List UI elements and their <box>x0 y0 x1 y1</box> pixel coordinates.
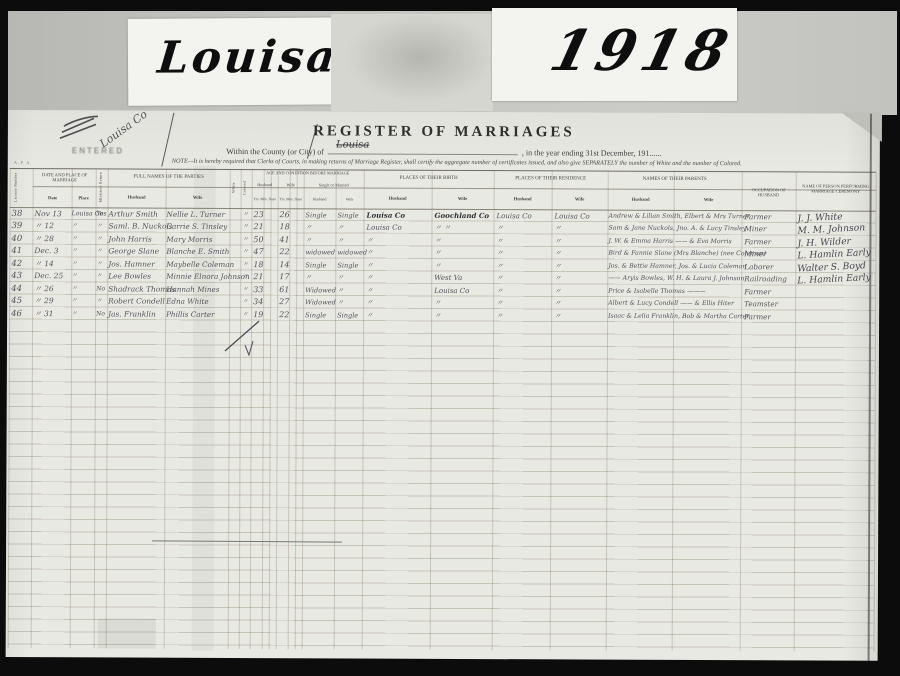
cell-h-cond: widowed <box>305 247 334 257</box>
cell-h-res: 〃 <box>496 273 549 283</box>
cell-h-cond: Single <box>305 260 334 270</box>
cell-h-cond: Widowed <box>305 297 334 307</box>
col-header-minister: NAME OF PERSON PERFORMING MARRIAGE CEREM… <box>797 183 875 193</box>
col-header-birth-wife: Wife <box>432 196 494 202</box>
cell-w-cond: Single <box>337 310 362 320</box>
col-header-sm-husband: Husband <box>304 197 336 201</box>
col-header-birth-group: PLACES OF THEIR BIRTH <box>364 176 494 182</box>
cell-no: 43 <box>11 271 31 281</box>
form-print-code: A. P. A. <box>14 160 32 165</box>
cell-date: 〃 26 <box>34 284 70 294</box>
cell-wife: Nellie L. Turner <box>167 209 229 219</box>
cell-h-res: 〃 <box>496 236 549 246</box>
cell-w-res: Louisa Co <box>555 211 606 221</box>
cell-no: 38 <box>12 209 32 219</box>
cell-w-res: 〃 <box>554 298 605 308</box>
cell-place: 〃 <box>71 284 96 294</box>
col-header-wife-name: Wife <box>166 195 230 201</box>
cell-date: 〃 12 <box>34 221 70 231</box>
cell-husband: Shadrack Thomas <box>108 284 164 294</box>
cell-parents: Jos. & Bettie Hamner, Jos. & Lucia Colem… <box>608 261 740 272</box>
cell-husband: Lee Bowles <box>108 271 164 281</box>
cell-husband: Jas. Franklin <box>108 309 164 319</box>
cell-parents: Bird & Fannie Slane (Mrs Blanche) (nee C… <box>608 249 740 260</box>
cell-w-res: 〃 <box>554 273 605 283</box>
col-header-colored: Colored <box>243 171 248 205</box>
cell-wife: Mary Morris <box>166 234 228 244</box>
within-prefix: Within the County (or City) of <box>226 147 324 156</box>
cell-occupation: Laborer <box>744 262 793 272</box>
cell-husband: Arthur Smith <box>109 209 165 219</box>
cell-w-cond: Single <box>337 260 362 270</box>
cell-husband: John Harris <box>108 234 164 244</box>
cell-place: 〃 <box>71 259 96 269</box>
cell-colored: 〃 <box>242 222 251 232</box>
col-header-hymd: Yrs. Mos. Days <box>252 197 278 201</box>
cell-date: Dec. 25 <box>34 271 70 281</box>
cell-h-birth: 〃 <box>366 260 429 270</box>
col-header-sm-wife: Wife <box>336 197 364 201</box>
cell-cert: 〃 <box>96 259 107 269</box>
cell-w-age: 14 <box>279 260 291 270</box>
cell-no: 42 <box>11 259 31 269</box>
cell-colored: 〃 <box>242 272 251 282</box>
cell-w-birth: 〃 <box>434 248 491 258</box>
cell-h-age: 47 <box>253 247 265 257</box>
cell-w-birth: 〃 <box>434 298 491 308</box>
cell-w-cond: 〃 <box>337 222 362 232</box>
cell-colored: 〃 <box>243 210 252 220</box>
cell-w-birth: Goochland Co <box>435 210 492 220</box>
cell-place: 〃 <box>71 234 96 244</box>
stray-pen-mark <box>219 317 265 359</box>
cell-w-age: 41 <box>279 235 291 245</box>
cell-w-res: 〃 <box>554 248 605 258</box>
col-header-age-wife: Wife <box>278 183 304 188</box>
cell-h-age: 21 <box>253 272 265 282</box>
cell-no: 41 <box>11 246 31 256</box>
cell-cert: 〃 <box>96 296 107 306</box>
cell-h-birth: 〃 <box>366 248 429 258</box>
cell-occupation: Miner <box>744 224 793 234</box>
cell-w-cond: 〃 <box>337 297 362 307</box>
cell-no: 40 <box>11 234 31 244</box>
county-fill-line: Louisa <box>328 142 518 155</box>
col-header-occupation: OCCUPATION OF HUSBAND <box>743 187 795 197</box>
cell-h-age: 23 <box>254 210 266 220</box>
cell-occupation: Farmer <box>745 212 794 222</box>
cell-parents: Sam & Jane Nuckols, Jno. A. & Lucy Tinsl… <box>608 224 740 235</box>
cell-parents: Albert & Lucy Condell —— & Ellis Hiter <box>608 299 740 310</box>
cell-h-birth: 〃 <box>366 298 429 308</box>
cell-w-birth: 〃 <box>434 260 491 270</box>
cell-date: 〃 14 <box>34 259 70 269</box>
cell-w-birth: West Va <box>434 273 491 283</box>
cell-wife: Maybelle Coleman <box>166 259 228 269</box>
cell-parents: Andrew & Lilian Smith, Elbert & Mrs Turn… <box>609 211 741 222</box>
year-label-card: 1918 <box>492 8 737 101</box>
cell-h-age: 33 <box>253 285 265 295</box>
cell-h-cond: 〃 <box>305 272 334 282</box>
cell-w-age: 17 <box>279 272 291 282</box>
cell-w-cond: 〃 <box>337 235 362 245</box>
cell-date: Dec. 3 <box>34 246 70 256</box>
cell-no: 39 <box>11 221 31 231</box>
cell-w-res: 〃 <box>554 261 605 271</box>
col-header-parents-wife: Wife <box>676 197 742 203</box>
col-header-parents-group: NAMES OF THEIR PARENTS <box>608 177 742 183</box>
cell-occupation: Farmer <box>744 237 793 247</box>
col-header-wymd: Yrs. Mos. Days <box>278 197 304 201</box>
cell-h-age: 18 <box>253 260 265 270</box>
cell-wife: Carrie S. Tinsley <box>166 222 228 232</box>
cell-cert: 〃 <box>96 246 107 256</box>
cell-h-cond: Widowed <box>305 285 334 295</box>
col-header-age-husband: Husband <box>252 183 278 188</box>
cell-occupation: Teamster <box>744 299 793 309</box>
cell-w-age: 22 <box>279 310 291 320</box>
cell-h-res: 〃 <box>496 261 549 271</box>
county-fill-handwriting: Louisa <box>336 139 369 150</box>
cell-h-cond: Single <box>306 210 335 220</box>
col-header-husband-name: Husband <box>108 194 166 200</box>
cell-place: 〃 <box>71 309 96 319</box>
cell-no: 46 <box>11 309 31 319</box>
cell-w-age: 18 <box>279 222 291 232</box>
cell-husband: George Slane <box>108 246 164 256</box>
cell-colored: 〃 <box>242 247 251 257</box>
cell-h-birth: Louisa Co <box>366 223 429 233</box>
col-header-age-group: AGE AND CONDITION BEFORE MARRIAGE <box>252 171 364 176</box>
cell-occupation: Farmer <box>744 312 793 322</box>
col-header-white: White <box>232 171 237 205</box>
cell-w-cond: 〃 <box>337 285 362 295</box>
cell-h-res: 〃 <box>496 298 549 308</box>
cell-w-cond: 〃 <box>337 272 362 282</box>
cell-w-age: 26 <box>280 210 292 220</box>
cell-place: 〃 <box>71 271 96 281</box>
cell-place: Louisa Co <box>72 209 97 219</box>
cell-date: 〃 31 <box>34 309 70 319</box>
cell-no: 44 <box>11 284 31 294</box>
col-header-res-husband: Husband <box>494 196 552 202</box>
cell-w-cond: Single <box>338 210 363 220</box>
cell-colored: 〃 <box>242 297 251 307</box>
cell-w-birth: 〃 <box>434 235 491 245</box>
col-header-residence-group: PLACES OF THEIR RESIDENCE <box>494 176 608 182</box>
col-header-cert: Ministers Return <box>99 169 104 205</box>
cell-parents: Isaac & Lelia Franklin, Bob & Martha Car… <box>608 311 740 322</box>
scanned-register-page: Louisa 1918 Louisa Co ENTERED A. P. A. R… <box>0 0 900 676</box>
cell-w-birth: 〃 <box>434 310 491 320</box>
cell-cert: No <box>96 284 107 294</box>
cell-wife: Hannah Mines <box>166 284 228 294</box>
cell-parents: —— Aryis Bowles, W. H. & Laura J. Johnso… <box>608 274 740 285</box>
cell-occupation: Miner <box>744 249 793 259</box>
ledger-page: Louisa Co ENTERED A. P. A. REGISTER OF M… <box>6 110 880 661</box>
cell-h-res: 〃 <box>496 223 549 233</box>
cell-w-age: 61 <box>279 285 291 295</box>
cell-parents: Price & Isabelle Thomas ——— <box>608 286 740 297</box>
cell-colored: 〃 <box>242 260 251 270</box>
col-header-date-place-group: DATE AND PLACE OF MARRIAGE <box>34 172 96 183</box>
cell-w-birth: 〃 〃 <box>434 223 491 233</box>
cell-occupation: Railroading <box>744 274 793 284</box>
cell-colored: 〃 <box>242 235 251 245</box>
cell-h-res: Louisa Co <box>497 211 550 221</box>
cell-h-age: 21 <box>253 222 265 232</box>
cell-w-res: 〃 <box>554 286 605 296</box>
cell-no: 45 <box>11 296 31 306</box>
blank-label-card <box>331 14 493 111</box>
cell-h-birth: 〃 <box>366 273 429 283</box>
cell-h-birth: Louisa Co <box>367 210 430 220</box>
cell-place: 〃 <box>71 221 96 231</box>
col-header-res-wife: Wife <box>552 196 608 202</box>
cell-cert: 〃 <box>96 221 107 231</box>
cell-h-age: 34 <box>253 297 265 307</box>
col-header-license: License Number <box>14 170 19 204</box>
cell-h-birth: 〃 <box>366 310 429 320</box>
cell-cert: 〃 <box>96 271 107 281</box>
cell-w-birth: Louisa Co <box>434 285 491 295</box>
col-header-single-married: Single or Married <box>304 183 364 188</box>
cell-h-res: 〃 <box>496 248 549 258</box>
cell-w-cond: widowed <box>337 247 362 257</box>
cell-colored: 〃 <box>242 285 251 295</box>
cell-w-age: 22 <box>279 247 291 257</box>
cell-date: Nov 13 <box>35 209 71 219</box>
cell-cert: 〃 <box>96 234 107 244</box>
cell-w-res: 〃 <box>554 236 605 246</box>
col-header-names-group: FULL NAMES OF THE PARTIES <box>108 174 230 180</box>
cell-h-birth: 〃 <box>366 285 429 295</box>
col-header-birth-husband: Husband <box>364 196 432 202</box>
col-header-date: Date <box>34 195 72 200</box>
cell-parents: J. W. & Emma Harris —— & Eva Morris <box>608 236 740 247</box>
cell-h-cond: 〃 <box>305 235 334 245</box>
cell-h-cond: 〃 <box>305 222 334 232</box>
col-header-parents-husband: Husband <box>608 197 674 203</box>
cell-occupation: Farmer <box>744 287 793 297</box>
cell-w-res: 〃 <box>554 223 605 233</box>
cell-h-cond: Single <box>305 310 334 320</box>
cell-place: 〃 <box>71 246 96 256</box>
within-suffix: , in the year ending 31st December, 191.… <box>522 148 661 158</box>
year-label-text: 1918 <box>544 18 740 84</box>
cell-h-birth: 〃 <box>366 235 429 245</box>
cell-date: 〃 29 <box>34 296 70 306</box>
cell-w-age: 27 <box>279 297 291 307</box>
cell-husband: Jos. Hamner <box>108 259 164 269</box>
cell-wife: Minnie Elnora Johnson <box>166 272 228 282</box>
cell-w-res: 〃 <box>554 311 605 321</box>
cell-date: 〃 28 <box>34 234 70 244</box>
cell-h-res: 〃 <box>496 311 549 321</box>
col-header-place: Place <box>72 195 96 200</box>
cell-wife: Edna White <box>166 297 228 307</box>
cell-h-res: 〃 <box>496 286 549 296</box>
cell-cert: Yes <box>97 209 108 219</box>
cell-place: 〃 <box>71 296 96 306</box>
county-label-text: Louisa <box>155 31 340 83</box>
cell-cert: No <box>96 309 107 319</box>
cell-husband: Robert Condell <box>108 296 164 306</box>
cell-husband: Saml. B. Nuckols <box>108 221 164 231</box>
cell-wife: Blanche E. Smith <box>166 247 228 257</box>
cell-h-age: 50 <box>253 235 265 245</box>
